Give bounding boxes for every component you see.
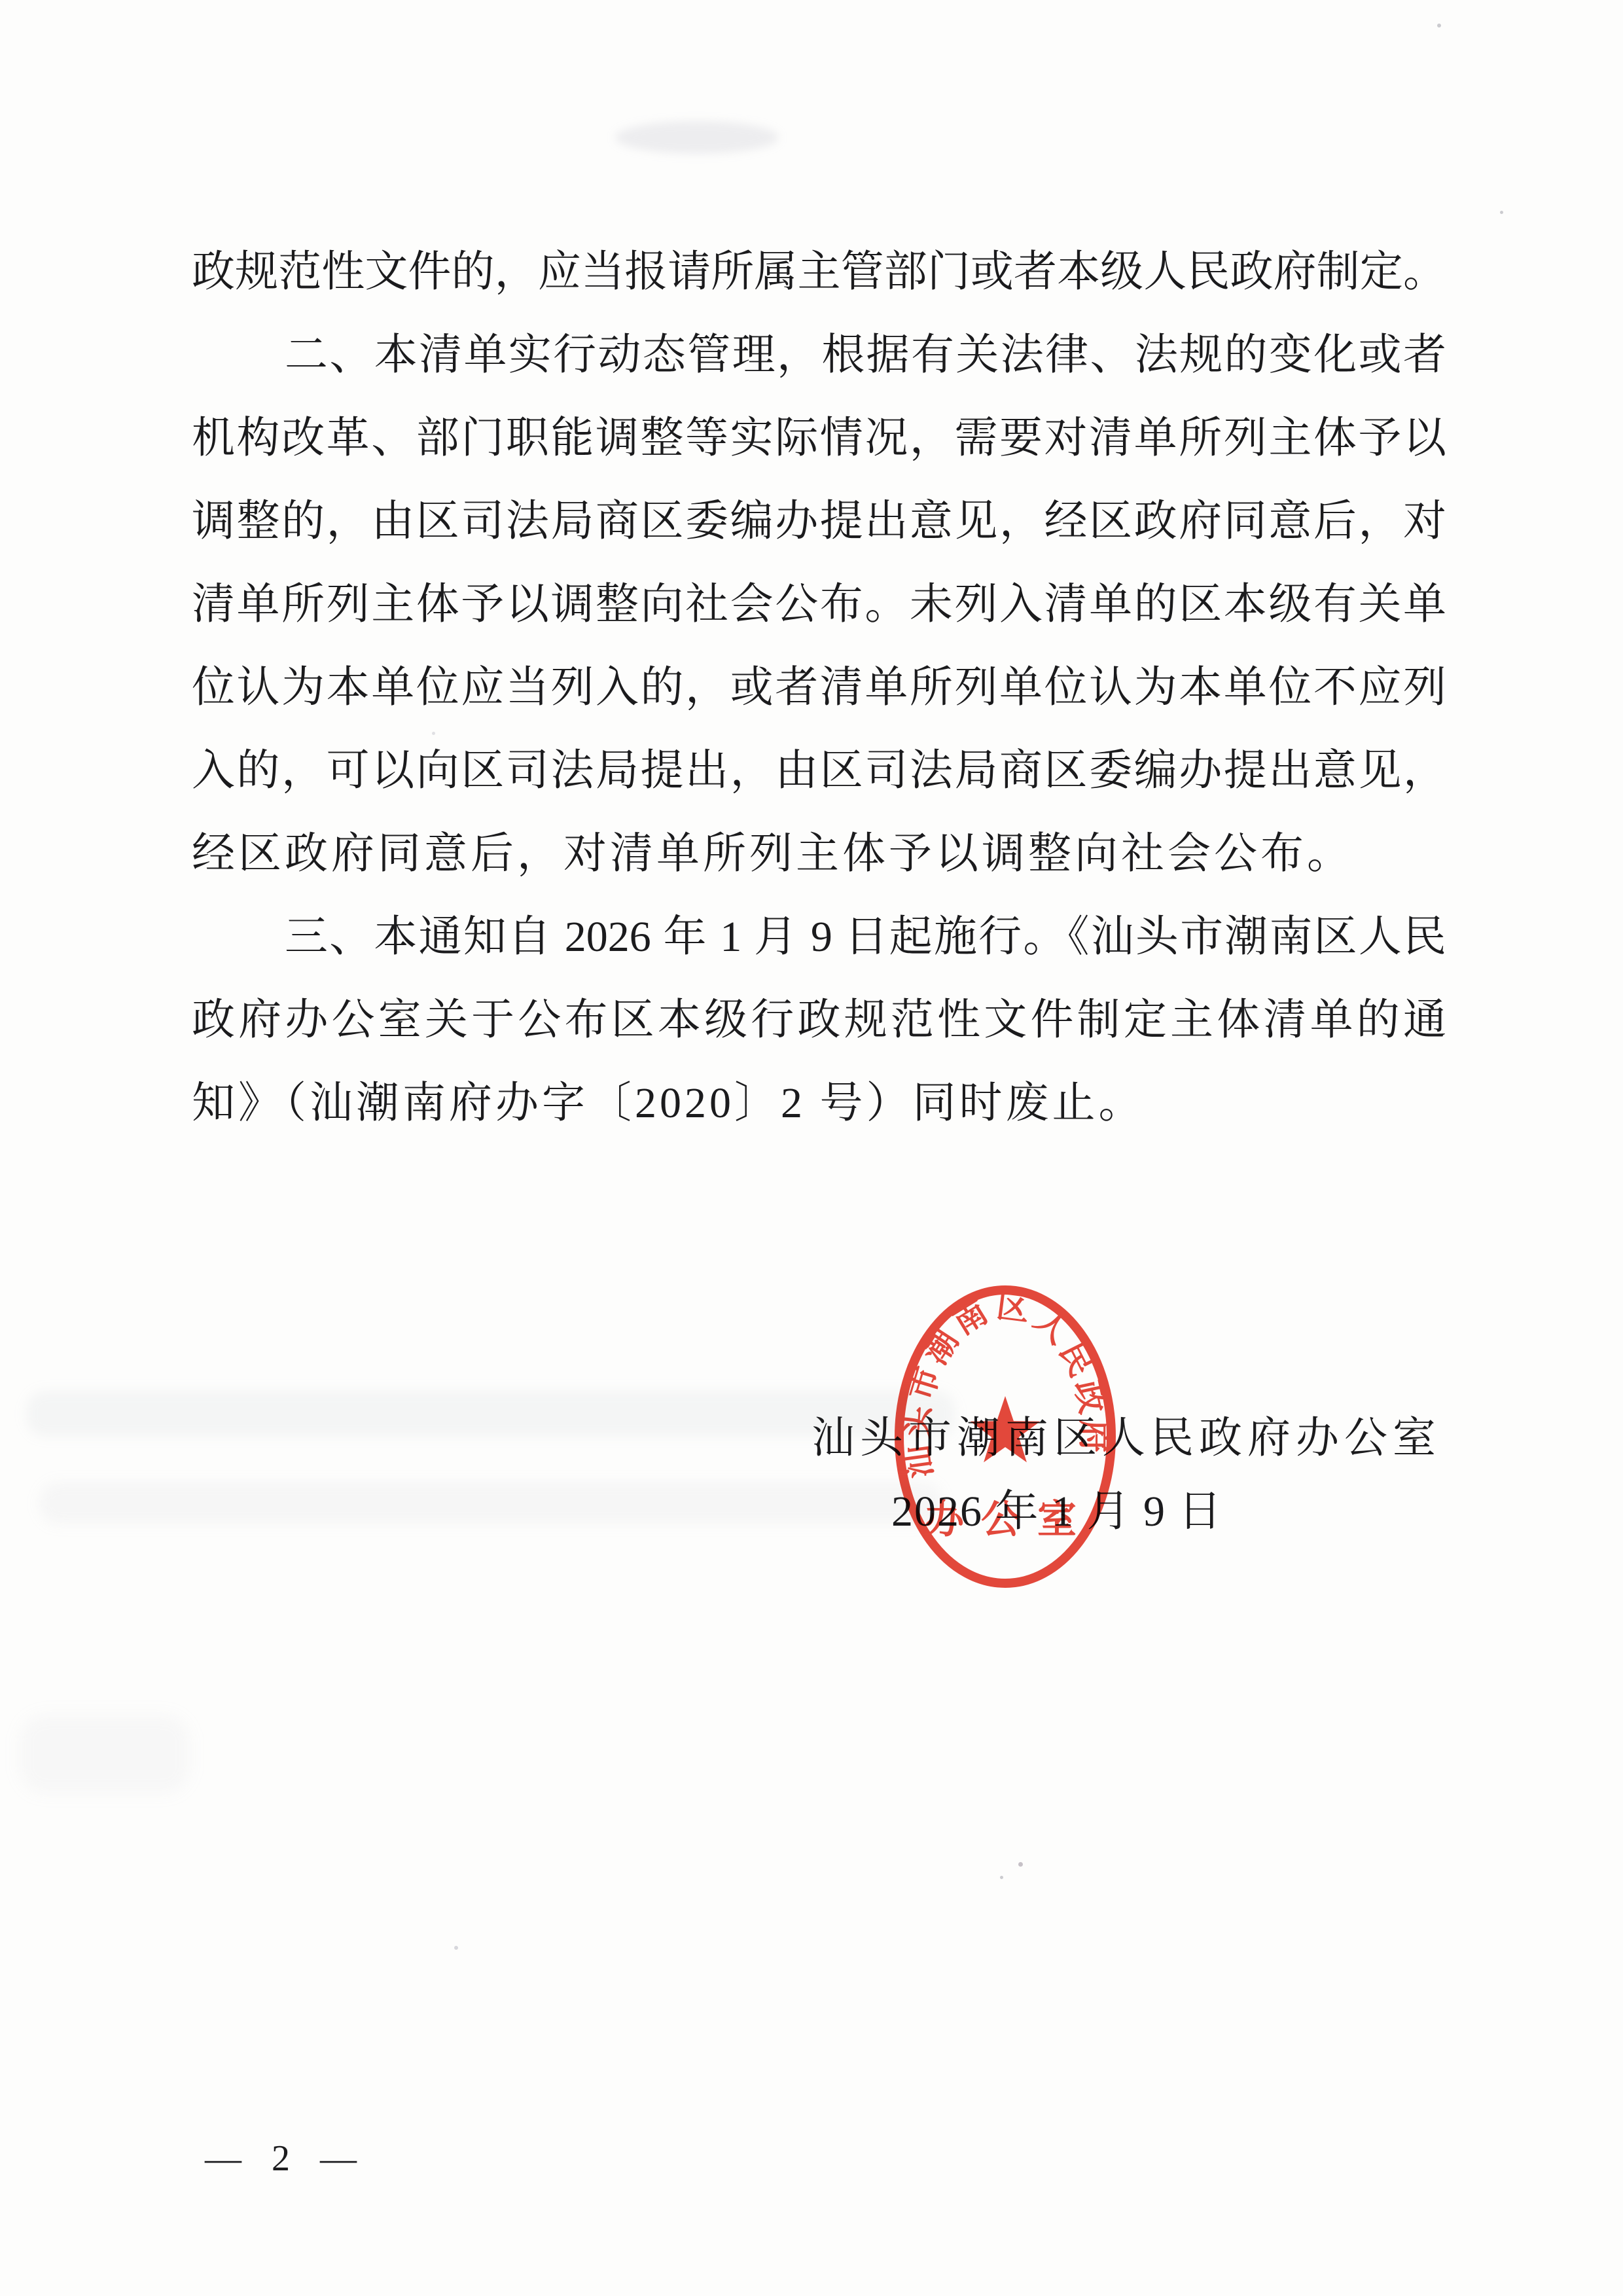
scan-speck	[1018, 1862, 1023, 1867]
body-line: 入的，可以向区司法局提出，由区司法局商区委编办提出意见，	[192, 729, 1446, 812]
body-line: 政规范性文件的，应当报请所属主管部门或者本级人民政府制定。	[192, 230, 1446, 314]
official-seal: 汕头市潮南区人民政府 办公室	[890, 1285, 1120, 1588]
body-line: 机构改革、部门职能调整等实际情况，需要对清单所列主体予以	[192, 397, 1446, 480]
scan-bleedthrough	[39, 1482, 942, 1524]
body-line: 经区政府同意后，对清单所列主体予以调整向社会公布。	[192, 812, 1446, 895]
scan-speck	[454, 1946, 458, 1950]
scan-speck	[1500, 211, 1503, 214]
scan-bleedthrough	[20, 1715, 190, 1793]
scan-speck	[1437, 24, 1441, 27]
body-line: 知》（汕潮南府办字〔2020〕2 号）同时废止。	[192, 1062, 1446, 1145]
scan-smudge	[615, 121, 779, 154]
seal-arc-text: 汕头市潮南区人民政府	[898, 1287, 1112, 1480]
seal-bottom-text: 办公室	[925, 1498, 1094, 1541]
page-footer: — 2 —	[205, 2139, 357, 2178]
footer-dash-left: —	[205, 2139, 241, 2178]
body-line: 位认为本单位应当列入的，或者清单所列单位认为本单位不应列	[192, 646, 1446, 729]
seal-star-icon	[971, 1396, 1041, 1462]
body-line: 三、本通知自 2026 年 1 月 9 日起施行。《汕头市潮南区人民	[192, 895, 1446, 978]
document-body: 政规范性文件的，应当报请所属主管部门或者本级人民政府制定。二、本清单实行动态管理…	[192, 230, 1446, 1145]
footer-dash-right: —	[320, 2139, 357, 2178]
scanned-page: 政规范性文件的，应当报请所属主管部门或者本级人民政府制定。二、本清单实行动态管理…	[0, 0, 1623, 2296]
body-line: 政府办公室关于公布区本级行政规范性文件制定主体清单的通	[192, 978, 1446, 1062]
page-number: 2	[272, 2139, 290, 2178]
body-line: 清单所列主体予以调整向社会公布。未列入清单的区本级有关单	[192, 563, 1446, 646]
body-line: 调整的，由区司法局商区委编办提出意见，经区政府同意后，对	[192, 480, 1446, 563]
body-line: 二、本清单实行动态管理，根据有关法律、法规的变化或者	[192, 314, 1446, 397]
scan-speck	[1000, 1876, 1003, 1879]
